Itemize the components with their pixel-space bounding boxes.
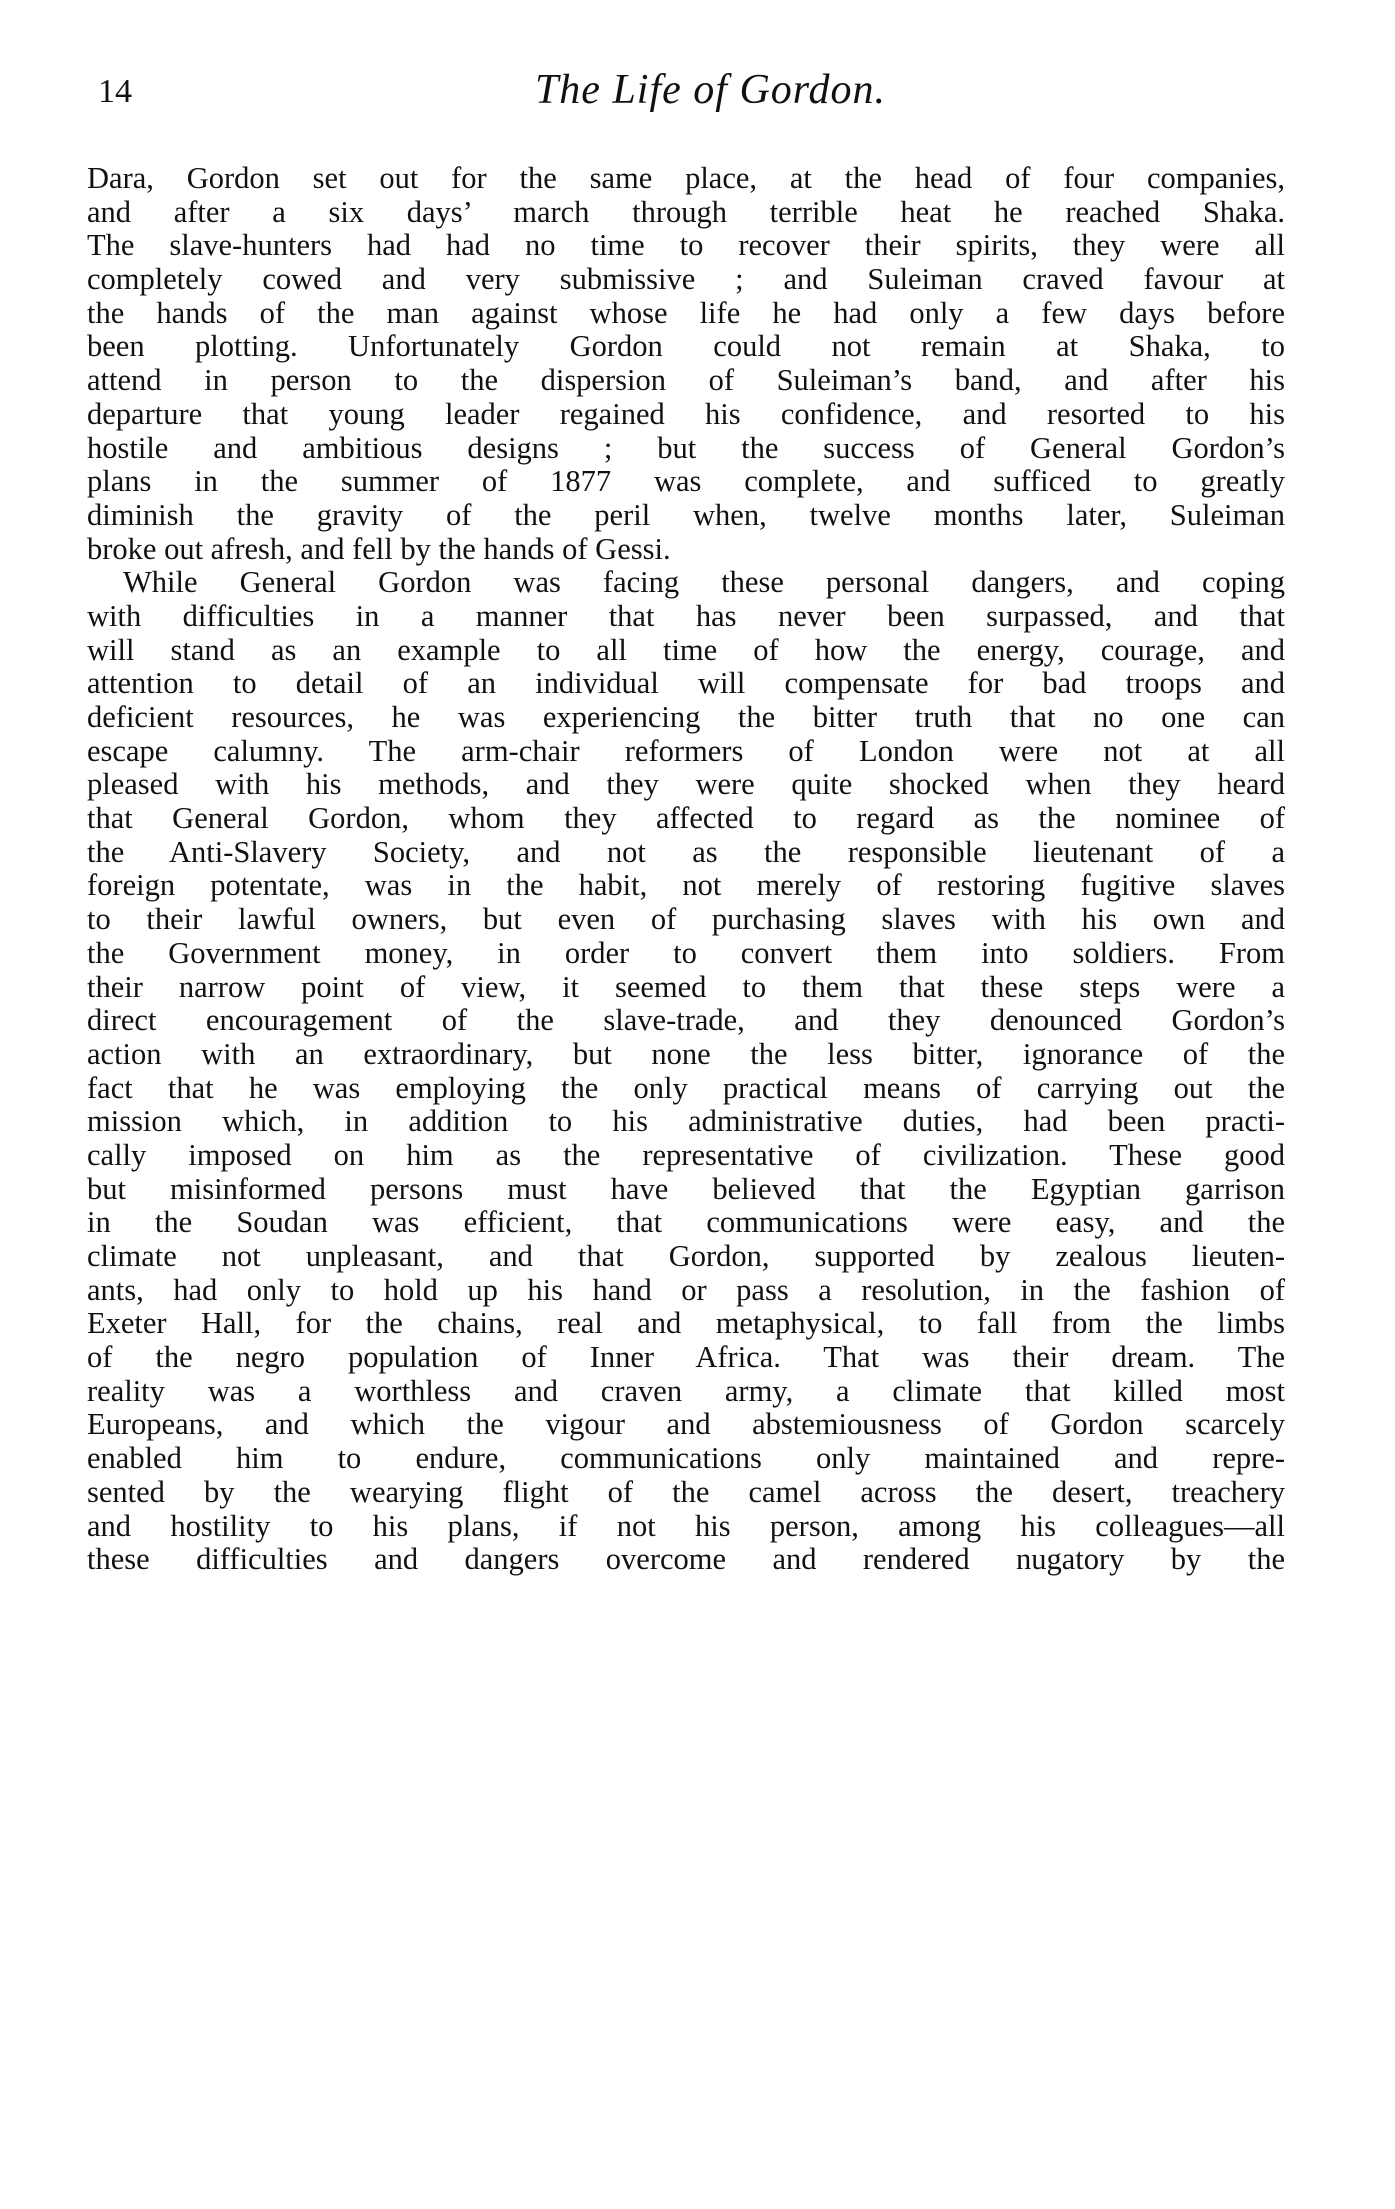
- text-line: plans in the summer of 1877 was complete…: [87, 465, 1285, 499]
- running-head: 14 The Life of Gordon.: [98, 62, 1283, 122]
- text-line: escape calumny. The arm-chair reformers …: [87, 735, 1285, 769]
- text-line: and after a six days’ march through terr…: [87, 196, 1285, 230]
- text-line: action with an extraordinary, but none t…: [87, 1038, 1285, 1072]
- text-line: fact that he was employing the only prac…: [87, 1072, 1285, 1106]
- text-line: departure that young leader regained his…: [87, 398, 1285, 432]
- text-line: Dara, Gordon set out for the same place,…: [87, 162, 1285, 196]
- text-line: diminish the gravity of the peril when, …: [87, 499, 1285, 533]
- text-line: While General Gordon was facing these pe…: [87, 566, 1285, 600]
- text-line: Exeter Hall, for the chains, real and me…: [87, 1307, 1285, 1341]
- text-line: to their lawful owners, but even of purc…: [87, 903, 1285, 937]
- text-line: deficient resources, he was experiencing…: [87, 701, 1285, 735]
- text-line: The slave-hunters had had no time to rec…: [87, 229, 1285, 263]
- text-line: attention to detail of an individual wil…: [87, 667, 1285, 701]
- text-line: reality was a worthless and craven army,…: [87, 1375, 1285, 1409]
- text-line: mission which, in addition to his admini…: [87, 1105, 1285, 1139]
- text-line: enabled him to endure, communications on…: [87, 1442, 1285, 1476]
- text-line: and hostility to his plans, if not his p…: [87, 1510, 1285, 1544]
- text-line: attend in person to the dispersion of Su…: [87, 364, 1285, 398]
- text-line: climate not unpleasant, and that Gordon,…: [87, 1240, 1285, 1274]
- text-line: cally imposed on him as the representati…: [87, 1139, 1285, 1173]
- text-line: their narrow point of view, it seemed to…: [87, 971, 1285, 1005]
- text-line: foreign potentate, was in the habit, not…: [87, 869, 1285, 903]
- paragraph: While General Gordon was facing these pe…: [87, 566, 1285, 1577]
- text-line: the Anti-Slavery Society, and not as the…: [87, 836, 1285, 870]
- text-line: in the Soudan was efficient, that commun…: [87, 1206, 1285, 1240]
- text-line: that General Gordon, whom they affected …: [87, 802, 1285, 836]
- text-line: of the negro population of Inner Africa.…: [87, 1341, 1285, 1375]
- text-line: but misinformed persons must have believ…: [87, 1173, 1285, 1207]
- body-text: Dara, Gordon set out for the same place,…: [87, 162, 1285, 1577]
- paragraph: Dara, Gordon set out for the same place,…: [87, 162, 1285, 566]
- text-line: completely cowed and very submissive ; a…: [87, 263, 1285, 297]
- text-line: these difficulties and dangers overcome …: [87, 1543, 1285, 1577]
- text-line: broke out afresh, and fell by the hands …: [87, 533, 1285, 567]
- running-title: The Life of Gordon.: [98, 62, 1283, 118]
- text-line: ants, had only to hold up his hand or pa…: [87, 1274, 1285, 1308]
- text-line: pleased with his methods, and they were …: [87, 768, 1285, 802]
- text-line: hostile and ambitious designs ; but the …: [87, 432, 1285, 466]
- book-page: 14 The Life of Gordon. Dara, Gordon set …: [0, 0, 1395, 2209]
- text-line: sented by the wearying flight of the cam…: [87, 1476, 1285, 1510]
- text-line: with difficulties in a manner that has n…: [87, 600, 1285, 634]
- text-line: the hands of the man against whose life …: [87, 297, 1285, 331]
- text-line: been plotting. Unfortunately Gordon coul…: [87, 330, 1285, 364]
- text-line: the Government money, in order to conver…: [87, 937, 1285, 971]
- text-line: Europeans, and which the vigour and abst…: [87, 1408, 1285, 1442]
- text-line: direct encouragement of the slave-trade,…: [87, 1004, 1285, 1038]
- text-line: will stand as an example to all time of …: [87, 634, 1285, 668]
